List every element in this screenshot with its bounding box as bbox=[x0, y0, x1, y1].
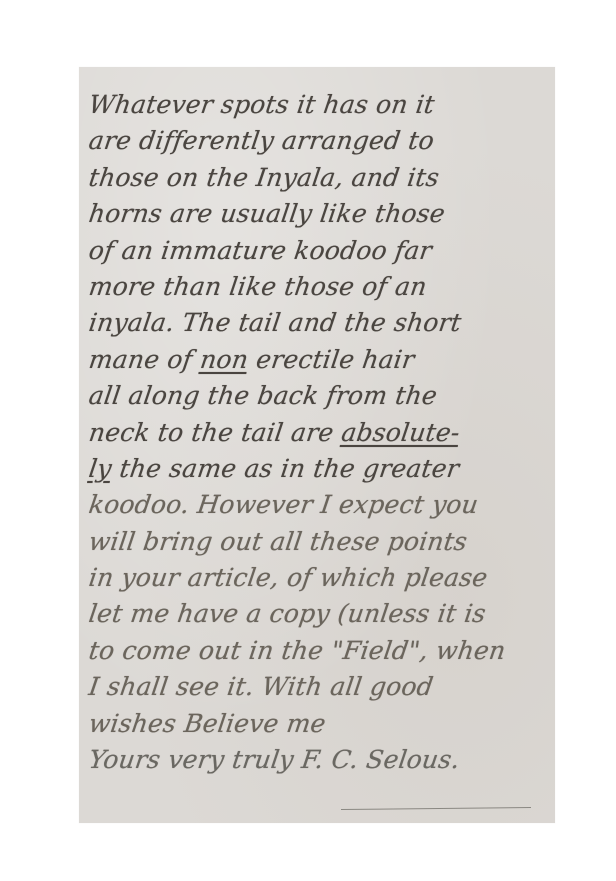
text-segment: neck to the tail are bbox=[87, 418, 344, 447]
text-line-7: inyala. The tail and the short bbox=[86, 305, 551, 341]
signature-line: Yours very truly F. C. Selous. bbox=[86, 742, 551, 778]
text-line-8: mane of non erectile hair bbox=[86, 342, 551, 378]
text-line-14: in your article, of which please bbox=[86, 560, 551, 596]
underlined-word: non bbox=[198, 345, 250, 374]
signature-underline bbox=[341, 807, 531, 810]
text-line-6: more than like those of an bbox=[86, 269, 551, 305]
text-line-1: Whatever spots it has on it bbox=[86, 87, 551, 123]
text-line-9: all along the back from the bbox=[86, 378, 551, 414]
text-line-4: horns are usually like those bbox=[86, 196, 551, 232]
text-line-11: ly the same as in the greater bbox=[86, 451, 551, 487]
text-line-3: those on the Inyala, and its bbox=[86, 160, 551, 196]
text-line-5: of an immature koodoo far bbox=[86, 233, 551, 269]
text-line-12: koodoo. However I expect you bbox=[86, 487, 551, 523]
text-line-18: wishes Believe me bbox=[86, 706, 551, 742]
text-segment: mane of bbox=[87, 345, 202, 374]
text-line-17: I shall see it. With all good bbox=[86, 669, 551, 705]
letter-page: Whatever spots it has on it are differen… bbox=[79, 67, 555, 823]
text-line-16: to come out in the "Field", when bbox=[86, 633, 551, 669]
text-line-10: neck to the tail are absolute- bbox=[86, 415, 551, 451]
text-line-15: let me have a copy (unless it is bbox=[86, 596, 551, 632]
text-segment: erectile hair bbox=[246, 345, 416, 374]
handwritten-text: Whatever spots it has on it are differen… bbox=[89, 87, 549, 778]
text-line-2: are differently arranged to bbox=[86, 123, 551, 159]
underlined-word: absolute- bbox=[340, 418, 462, 447]
text-line-13: will bring out all these points bbox=[86, 524, 551, 560]
text-segment: the same as in the greater bbox=[110, 454, 462, 483]
